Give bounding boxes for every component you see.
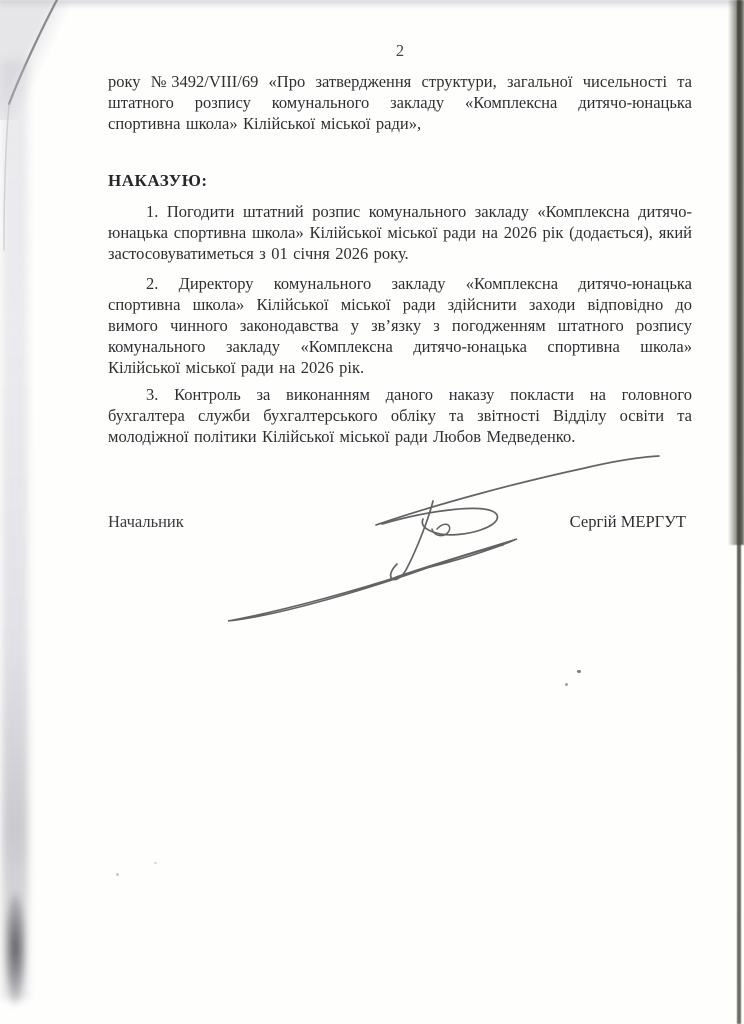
scan-left-smudge [2, 60, 28, 1000]
scan-right-edge-line [737, 0, 741, 1024]
page-number: 2 [108, 40, 692, 61]
scan-speck [577, 670, 581, 673]
order-item-2: 2. Директору комунального закладу «Компл… [108, 273, 692, 378]
order-item-3: 3. Контроль за виконанням даного наказу … [108, 384, 692, 447]
scanned-document-page: 2 року №3492/VIII/69 «Про затвердження с… [0, 0, 744, 1024]
scan-right-edge-band [728, 0, 744, 545]
scan-speck [154, 862, 157, 864]
scan-speck [116, 873, 119, 876]
signature-row: Начальник Сергій МЕРГУТ [108, 511, 692, 532]
order-item-1: 1. Погодити штатний розпис комунального … [108, 201, 692, 264]
intro-paragraph: року №3492/VIII/69 «Про затвердження стр… [108, 71, 692, 134]
page-fold-line [0, 0, 80, 260]
order-heading: НАКАЗУЮ: [108, 170, 208, 191]
scan-left-dark-blob [0, 860, 34, 1020]
signer-name: Сергій МЕРГУТ [570, 511, 692, 532]
signer-title: Начальник [108, 511, 184, 532]
page-fold-shading [0, 0, 70, 120]
scan-speck [565, 683, 568, 686]
scan-top-shadow [0, 0, 744, 10]
